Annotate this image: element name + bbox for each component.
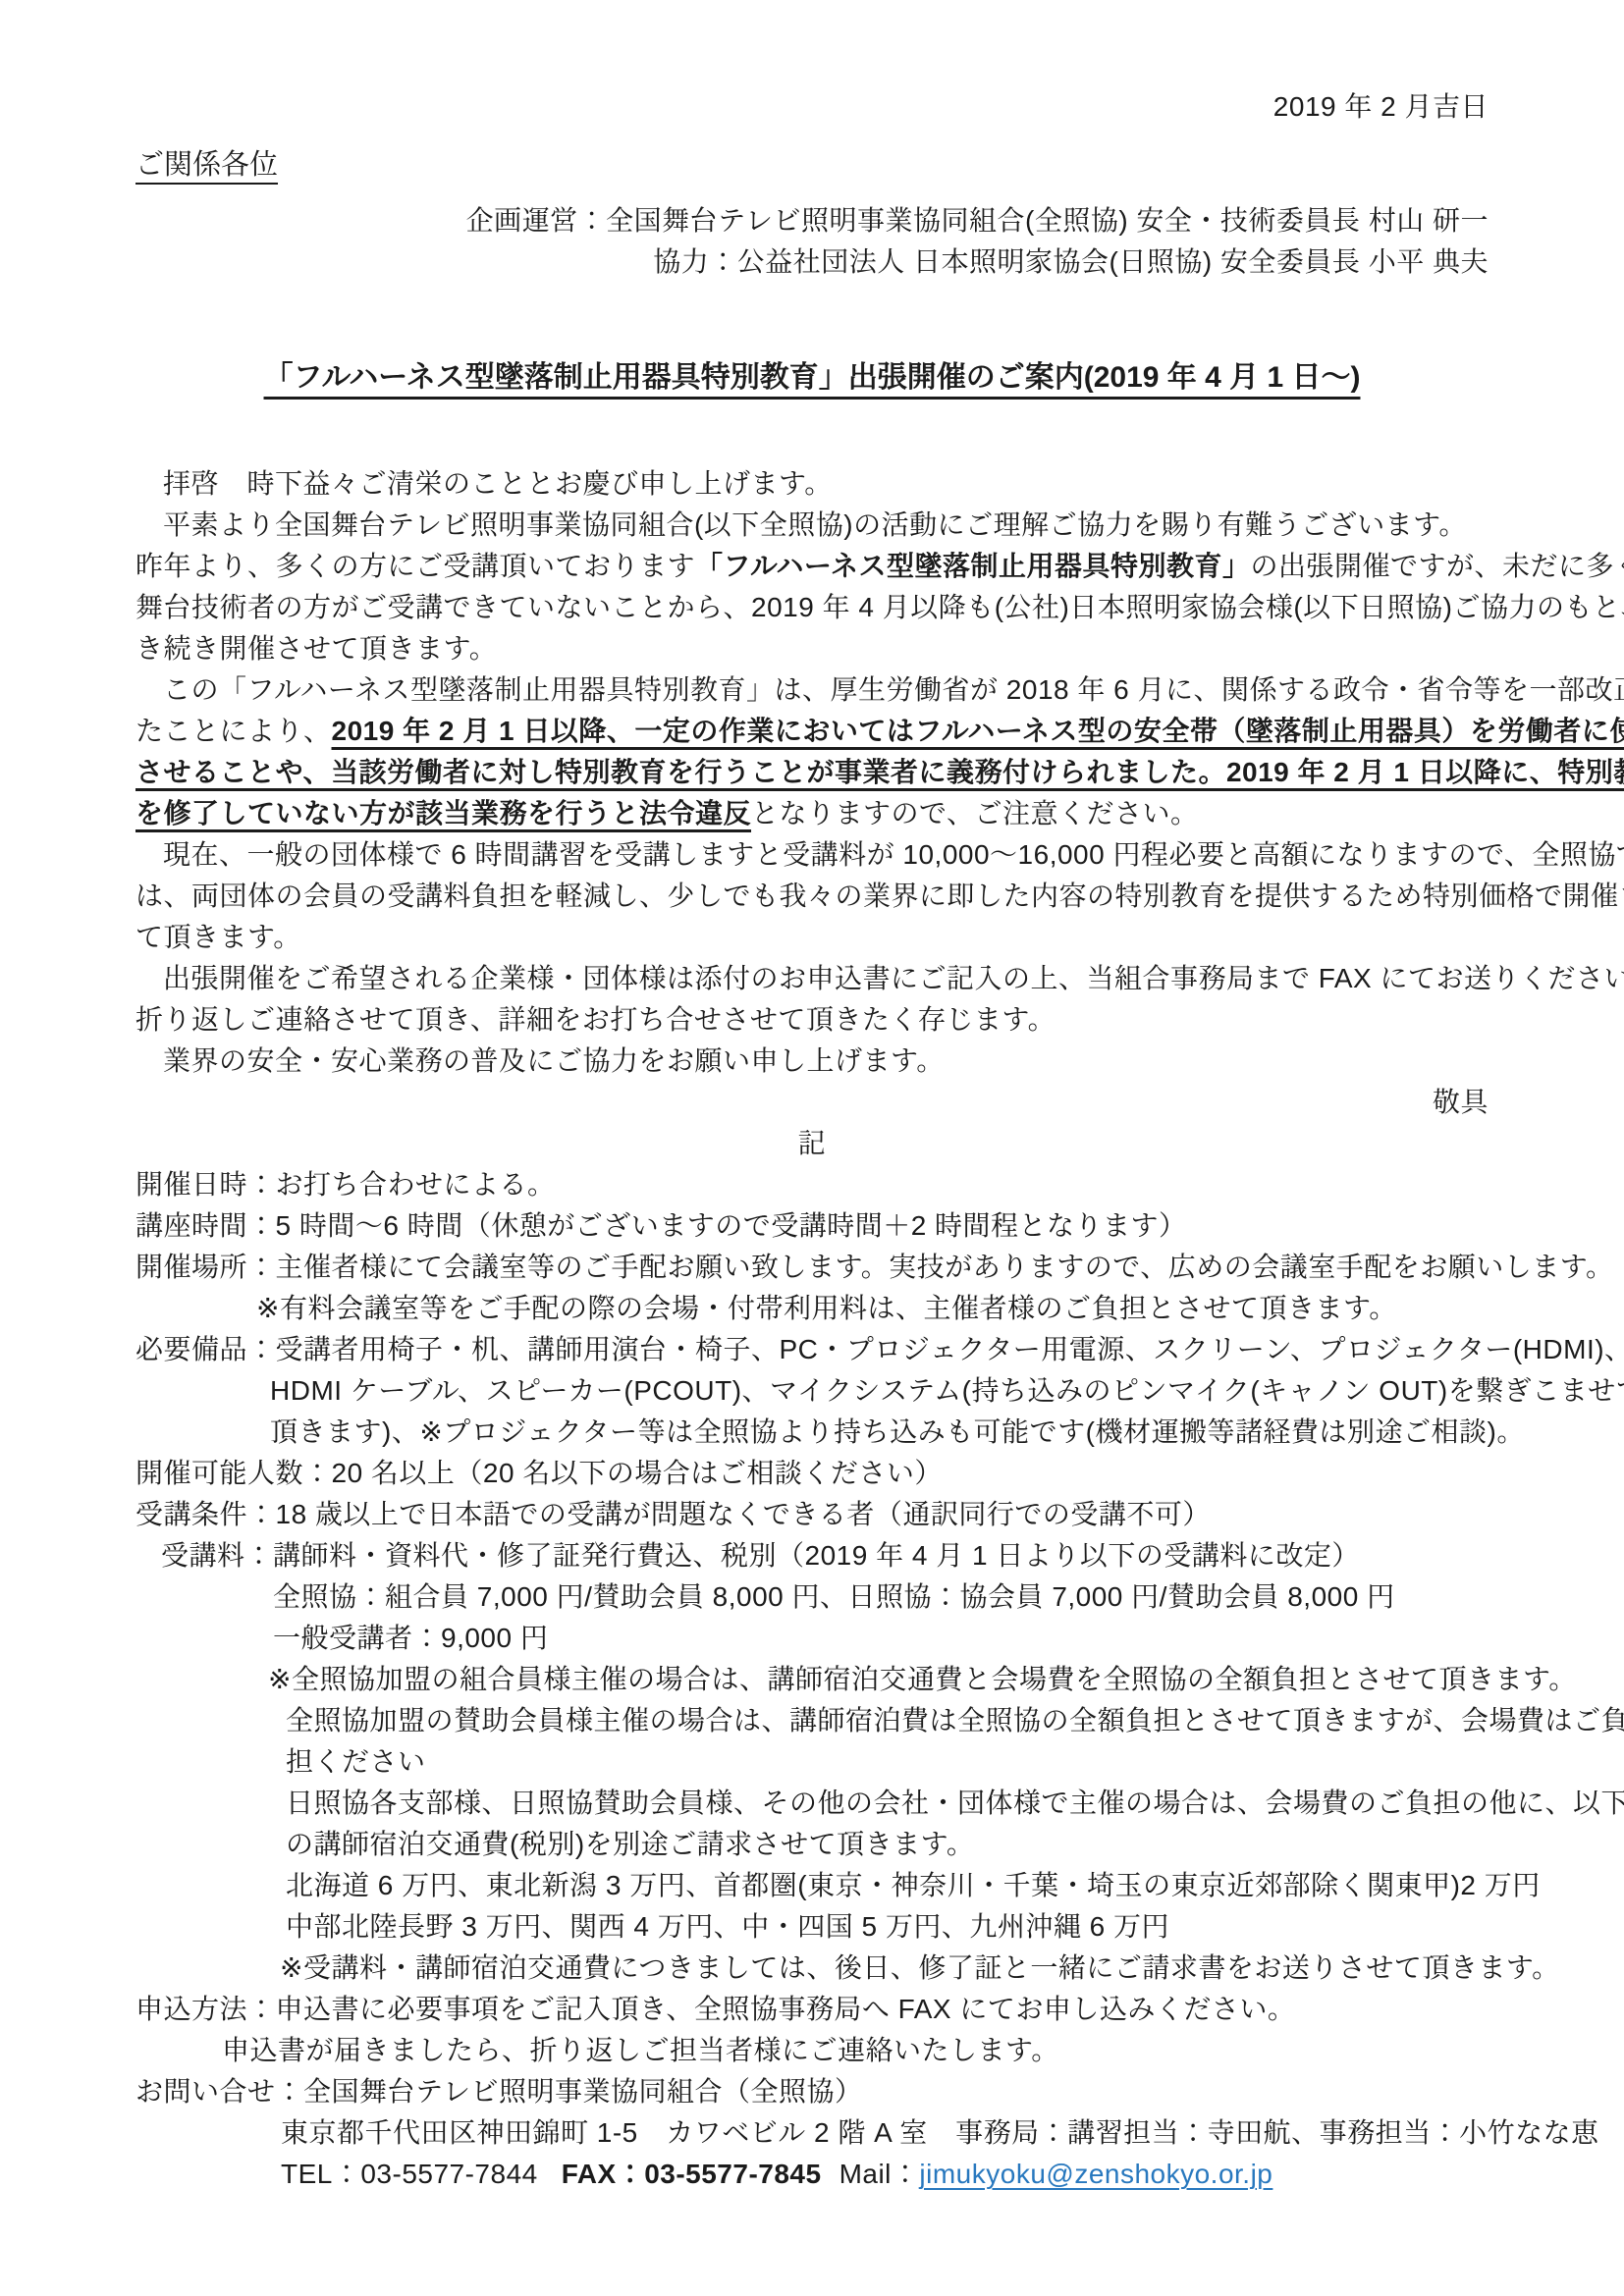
detail-line-fee-general: 一般受講者：9,000 円: [135, 1618, 1489, 1659]
detail-line-fee-note3-wrap: の講師宿泊交通費(税別)を別途ご請求させて頂きます。: [135, 1824, 1489, 1865]
detail-line-application: 申込方法：申込書に必要事項をご記入頂き、全照協事務局へ FAX にてお申し込みく…: [135, 1989, 1489, 2030]
paragraph-line: 現在、一般の団体様で 6 時間講習を受講しますと受講料が 10,000～16,0…: [135, 834, 1489, 876]
paragraph-segment-bold-underline: を修了していない方が該当業務を行うと法令違反: [135, 798, 751, 828]
paragraph-line: この「フルハーネス型墜落制止用器具特別教育」は、厚生労働省が 2018 年 6 …: [135, 669, 1489, 711]
detail-line-travel-fee2: 中部北陸長野 3 万円、関西 4 万円、中・四国 5 万円、九州沖縄 6 万円: [135, 1906, 1489, 1948]
detail-line-travel-fee1: 北海道 6 万円、東北新潟 3 万円、首都圏(東京・神奈川・千葉・埼玉の東京近郊…: [135, 1865, 1489, 1906]
paragraph-line: 出張開催をご希望される企業様・団体様は添付のお申込書にご記入の上、当組合事務局ま…: [135, 958, 1489, 999]
paragraph-line: 平素より全国舞台テレビ照明事業協同組合(以下全照協)の活動にご理解ご協力を賜り有…: [135, 505, 1489, 546]
closing-keigu: 敬具: [135, 1082, 1489, 1123]
detail-line-billing-note: ※受講料・講師宿泊交通費につきましては、後日、修了証と一緒にご請求書をお送りさせ…: [135, 1948, 1489, 1989]
detail-line-capacity: 開催可能人数：20 名以上（20 名以下の場合はご相談ください）: [135, 1453, 1489, 1494]
contact-line: TEL：03-5577-7844FAX：03-5577-7845Mail：jim…: [135, 2154, 1489, 2195]
letter-page: 2019 年 2 月吉日 ご関係各位 企画運営：全国舞台テレビ照明事業協同組合(…: [0, 0, 1624, 2296]
paragraph-line: 業界の安全・安心業務の普及にご協力をお願い申し上げます。: [135, 1041, 1489, 1082]
detail-line-requirements: 受講条件：18 歳以上で日本語での受講が問題なくできる者（通訳同行での受講不可）: [135, 1494, 1489, 1535]
detail-line-equipment-wrap: HDMI ケーブル、スピーカー(PCOUT)、マイクシステム(持ち込みのピンマイ…: [135, 1370, 1489, 1412]
paragraph-segment: の出張開催ですが、未だに多くの: [1251, 551, 1624, 581]
detail-line-equipment-wrap: 頂きます)、※プロジェクター等は全照協より持ち込みも可能です(機材運搬等諸経費は…: [135, 1412, 1489, 1453]
detail-line-fee-member: 全照協：組合員 7,000 円/賛助会員 8,000 円、日照協：協会員 7,0…: [135, 1576, 1489, 1618]
detail-line-schedule: 開催日時：お打ち合わせによる。: [135, 1164, 1489, 1205]
paragraph-line: き続き開催させて頂きます。: [135, 628, 1489, 669]
paragraph-line: 折り返しご連絡させて頂き、詳細をお打ち合せさせて頂きたく存じます。: [135, 999, 1489, 1041]
letter-title: 「フルハーネス型墜落制止用器具特別教育」出張開催のご案内(2019 年 4 月 …: [135, 355, 1489, 400]
paragraph-segment: 昨年より、多くの方にご受講頂いております: [135, 551, 695, 581]
sender-line-1: 企画運営：全国舞台テレビ照明事業協同組合(全照協) 安全・技術委員長 村山 研一: [135, 200, 1489, 241]
detail-line-fee-note2-wrap: 担ください: [135, 1741, 1489, 1783]
paragraph-line: て頂きます。: [135, 917, 1489, 958]
detail-line-fee-note2: 全照協加盟の賛助会員様主催の場合は、講師宿泊費は全照協の全額負担とさせて頂きます…: [135, 1700, 1489, 1741]
detail-line-address: 東京都千代田区神田錦町 1-5 カワベビル 2 階 A 室 事務局：講習担当：寺…: [135, 2112, 1489, 2154]
mail-label: Mail：: [839, 2159, 920, 2189]
detail-line-fee-note3: 日照協各支部様、日照協賛助会員様、その他の会社・団体様で主催の場合は、会場費のご…: [135, 1783, 1489, 1824]
recipient: ご関係各位: [135, 143, 1489, 187]
detail-line-venue-note: ※有料会議室等をご手配の際の会場・付帯利用料は、主催者様のご負担とさせて頂きます…: [135, 1288, 1489, 1329]
detail-line-fee: 受講料：講師料・資料代・修了証発行費込、税別（2019 年 4 月 1 日より以…: [135, 1535, 1489, 1576]
detail-line-fee-note1: ※全照協加盟の組合員様主催の場合は、講師宿泊交通費と会場費を全照協の全額負担とさ…: [135, 1659, 1489, 1700]
sender-line-2: 協力：公益社団法人 日本照明家協会(日照協) 安全委員長 小平 典夫: [135, 241, 1489, 283]
paragraph-segment-bold: 「フルハーネス型墜落制止用器具特別教育」: [695, 551, 1251, 581]
tel-number: TEL：03-5577-7844: [281, 2159, 538, 2189]
detail-line-duration: 講座時間：5 時間～6 時間（休憩がございますので受講時間＋2 時間程となります…: [135, 1205, 1489, 1247]
detail-line-inquiry: お問い合せ：全国舞台テレビ照明事業協同組合（全照協）: [135, 2071, 1489, 2112]
paragraph-line: は、両団体の会員の受講料負担を軽減し、少しでも我々の業界に即した内容の特別教育を…: [135, 876, 1489, 917]
detail-line-application-wrap: 申込書が届きましたら、折り返しご担当者様にご連絡いたします。: [135, 2030, 1489, 2071]
paragraph-line: を修了していない方が該当業務を行うと法令違反となりますので、ご注意ください。: [135, 793, 1489, 834]
letter-date: 2019 年 2 月吉日: [135, 86, 1489, 128]
paragraph-line: 舞台技術者の方がご受講できていないことから、2019 年 4 月以降も(公社)日…: [135, 587, 1489, 628]
paragraph-segment: となりますので、ご注意ください。: [751, 798, 1198, 828]
paragraph-segment: たことにより、: [135, 716, 332, 746]
fax-number: FAX：03-5577-7845: [562, 2159, 822, 2189]
email-link[interactable]: jimukyoku@zenshokyo.or.jp: [919, 2159, 1272, 2189]
paragraph-segment-bold-underline: させることや、当該労働者に対し特別教育を行うことが事業者に義務付けられました。2…: [135, 757, 1624, 787]
letter-title-text: 「フルハーネス型墜落制止用器具特別教育」出張開催のご案内(2019 年 4 月 …: [264, 361, 1361, 394]
paragraph-line: たことにより、2019 年 2 月 1 日以降、一定の作業においてはフルハーネス…: [135, 711, 1489, 752]
paragraph-line: させることや、当該労働者に対し特別教育を行うことが事業者に義務付けられました。2…: [135, 752, 1489, 793]
paragraph-segment-bold-underline: 2019 年 2 月 1 日以降、一定の作業においてはフルハーネス型の安全帯（墜…: [332, 716, 1624, 746]
recipient-text: ご関係各位: [135, 149, 278, 181]
letter-body: 拝啓 時下益々ご清栄のこととお慶び申し上げます。 平素より全国舞台テレビ照明事業…: [135, 463, 1489, 2195]
paragraph-line: 拝啓 時下益々ご清栄のこととお慶び申し上げます。: [135, 463, 1489, 505]
detail-line-venue: 開催場所：主催者様にて会議室等のご手配お願い致します。実技がありますので、広めの…: [135, 1247, 1489, 1288]
paragraph-line: 昨年より、多くの方にご受講頂いております「フルハーネス型墜落制止用器具特別教育」…: [135, 546, 1489, 587]
record-marker-ki: 記: [135, 1123, 1489, 1164]
detail-line-equipment: 必要備品：受講者用椅子・机、講師用演台・椅子、PC・プロジェクター用電源、スクリ…: [135, 1329, 1489, 1370]
